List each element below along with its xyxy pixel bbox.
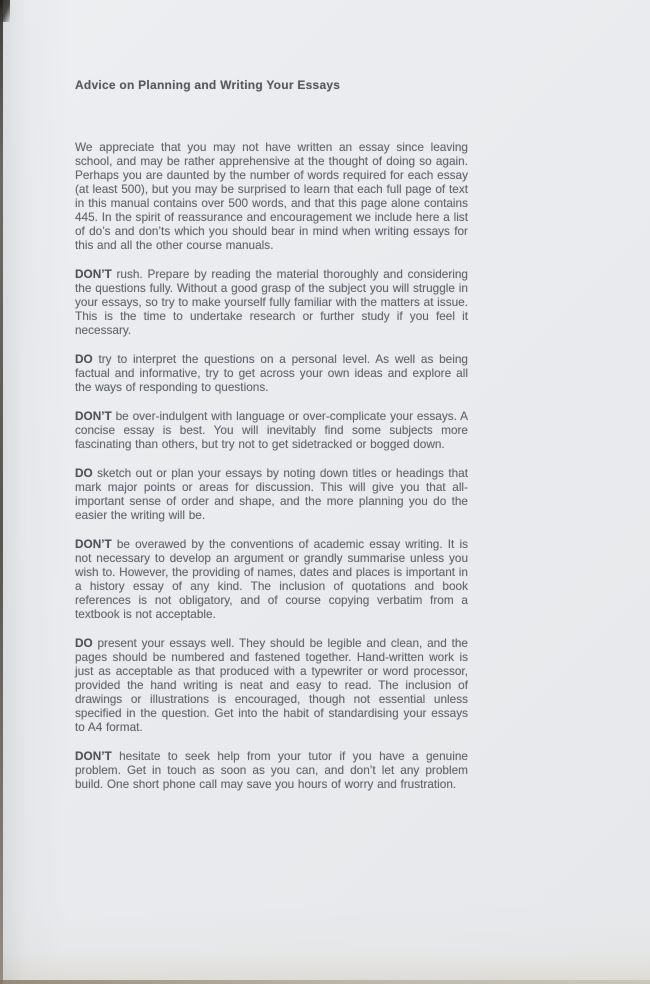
paragraph-text: try to interpret the questions on a pers…: [75, 352, 468, 394]
paragraph-lead: DON’T: [75, 537, 112, 551]
paragraph-intro: We appreciate that you may not have writ…: [75, 140, 468, 252]
paragraph-text: be overawed by the conventions of academ…: [75, 537, 468, 621]
page-content: Advice on Planning and Writing Your Essa…: [75, 0, 468, 806]
paragraph-text: rush. Prepare by reading the material th…: [75, 267, 468, 337]
page-bottom-edge-shadow: [0, 980, 650, 984]
paragraph-dont-hesitate: DON’T hesitate to seek help from your tu…: [75, 749, 468, 791]
paragraph-text: hesitate to seek help from your tutor if…: [75, 749, 468, 791]
paragraph-do-interpret: DO try to interpret the questions on a p…: [75, 352, 468, 394]
book-spine-edge: [0, 0, 3, 984]
page-title: Advice on Planning and Writing Your Essa…: [75, 0, 468, 92]
paragraph-do-present: DO present your essays well. They should…: [75, 636, 468, 734]
paragraph-do-sketch: DO sketch out or plan your essays by not…: [75, 466, 468, 522]
paragraph-dont-rush: DON’T rush. Prepare by reading the mater…: [75, 267, 468, 337]
paragraph-text: be over-indulgent with language or over-…: [75, 409, 468, 451]
paragraph-text: We appreciate that you may not have writ…: [75, 140, 468, 252]
paragraph-text: sketch out or plan your essays by noting…: [75, 466, 468, 522]
paragraph-lead: DON’T: [75, 749, 112, 763]
top-left-corner-shadow: [0, 0, 10, 22]
paragraph-lead: DO: [75, 352, 93, 366]
paragraph-dont-overindulge: DON’T be over-indulgent with language or…: [75, 409, 468, 451]
book-page-photo: Advice on Planning and Writing Your Essa…: [0, 0, 650, 984]
paragraph-lead: DO: [75, 636, 93, 650]
paragraph-lead: DON’T: [75, 267, 112, 281]
paragraph-lead: DON’T: [75, 409, 112, 423]
page-body: We appreciate that you may not have writ…: [75, 140, 468, 791]
paragraph-lead: DO: [75, 466, 93, 480]
paragraph-text: present your essays well. They should be…: [75, 636, 468, 734]
paragraph-dont-be-overawed: DON’T be overawed by the conventions of …: [75, 537, 468, 621]
